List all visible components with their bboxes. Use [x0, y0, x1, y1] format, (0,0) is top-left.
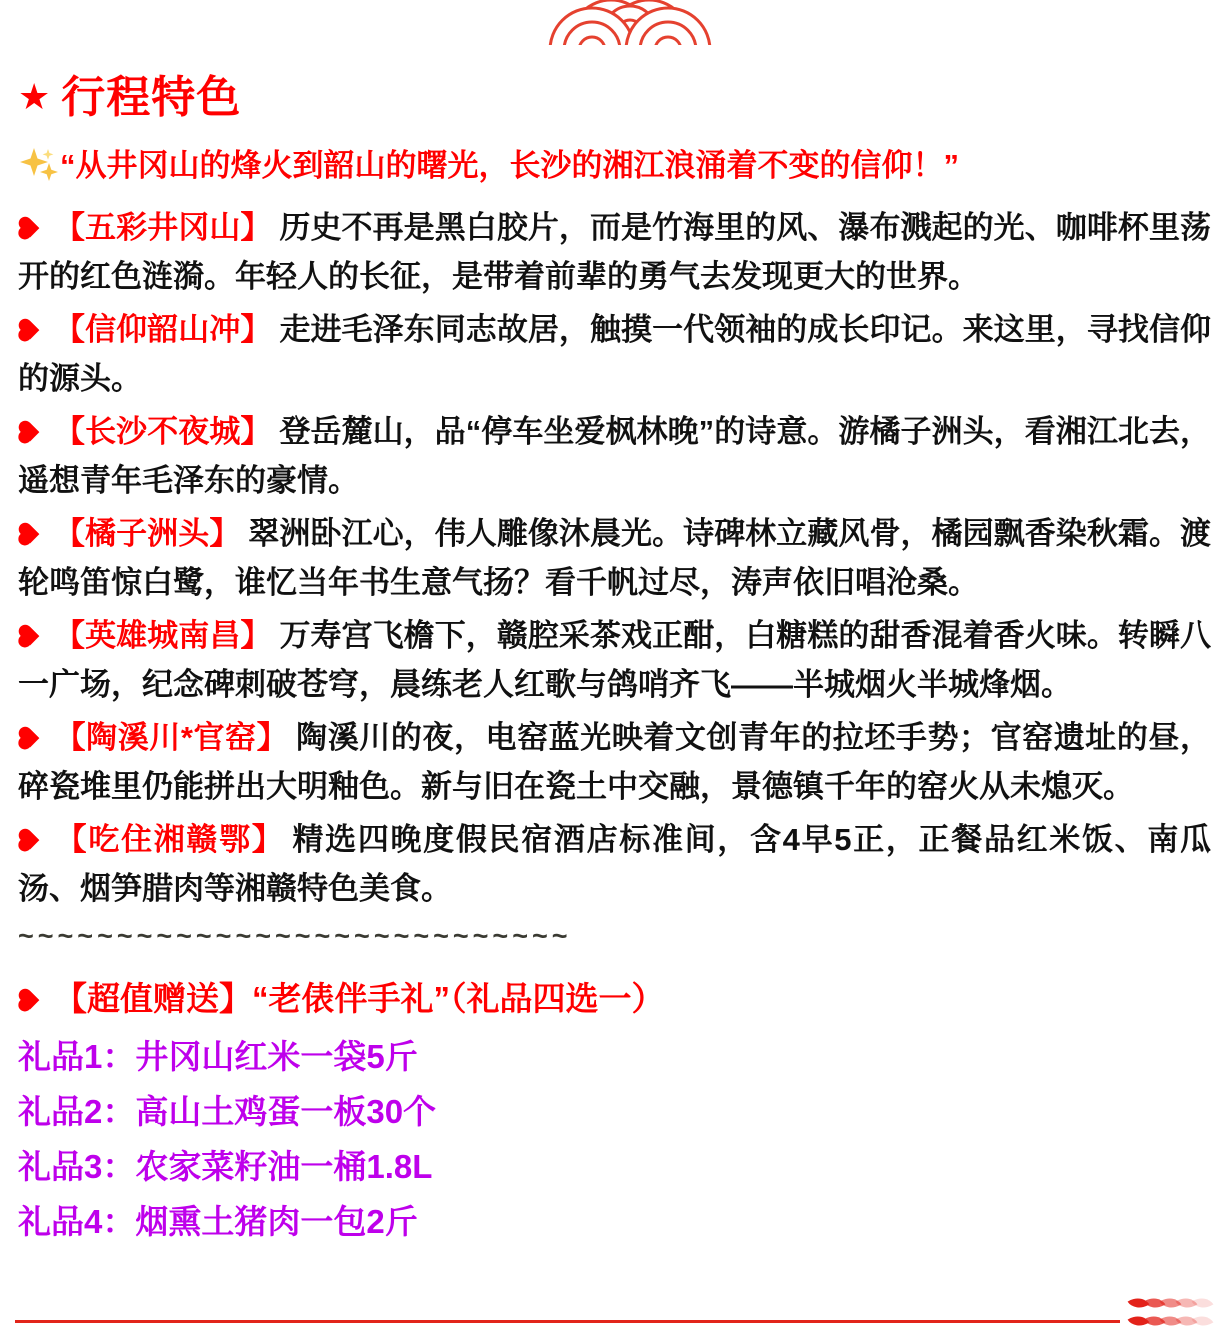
feature-title: 【陶溪川*官窑】	[54, 720, 288, 755]
gift-heading-text: 【超值赠送】“老俵伴手礼”（礼品四选一）	[54, 980, 665, 1017]
separator-tildes: ~~~~~~~~~~~~~~~~~~~~~~~~~~~~	[18, 921, 1211, 951]
feature-title: 【吃住湘赣鄂】	[54, 822, 284, 857]
feature-paragraph: 【橘子洲头】翠洲卧江心，伟人雕像沐晨光。诗碑林立藏风骨，橘园飘香染秋霜。渡轮鸣笛…	[18, 509, 1211, 607]
feature-title: 【橘子洲头】	[54, 516, 240, 551]
sparkles-icon	[18, 147, 58, 181]
feature-paragraph: 【英雄城南昌】万寿宫飞檐下，赣腔采茶戏正酣，白糖糕的甜香混着香火味。转瞬八一广场…	[18, 611, 1211, 709]
star-icon: ★	[18, 76, 51, 117]
heart-bullet-icon	[19, 318, 42, 343]
feature-title: 【五彩井冈山】	[54, 210, 271, 245]
slogan: “从井冈山的烽火到韶山的曙光，长沙的湘江浪涌着不变的信仰！”	[18, 143, 1211, 189]
page-title-text: 行程特色	[61, 73, 241, 122]
heart-bullet-icon	[19, 420, 42, 445]
feature-paragraph: 【吃住湘赣鄂】精选四晚度假民宿酒店标准间，含4早5正，正餐品红米饭、南瓜汤、烟笋…	[18, 815, 1211, 913]
heart-bullet-icon	[19, 522, 42, 547]
feature-title: 【英雄城南昌】	[54, 618, 271, 653]
heart-bullet-icon	[19, 726, 42, 751]
feature-paragraph: 【陶溪川*官窑】陶溪川的夜，电窑蓝光映着文创青年的拉坯手势；官窑遗址的昼，碎瓷堆…	[18, 713, 1211, 811]
gift-item: 礼品1：井冈山红米一袋5斤	[18, 1029, 1211, 1084]
feature-paragraph: 【信仰韶山冲】走进毛泽东同志故居，触摸一代领袖的成长印记。来这里，寻找信仰的源头…	[18, 305, 1211, 403]
feature-title: 【长沙不夜城】	[54, 414, 271, 449]
gift-heading: 【超值赠送】“老俵伴手礼”（礼品四选一）	[18, 977, 1211, 1021]
gift-item: 礼品4：烟熏土猪肉一包2斤	[18, 1194, 1211, 1249]
feature-list: 【五彩井冈山】历史不再是黑白胶片，而是竹海里的风、瀑布溅起的光、咖啡杯里荡开的红…	[18, 203, 1211, 913]
gift-item: 礼品2：高山土鸡蛋一板30个	[18, 1084, 1211, 1139]
slogan-text: “从井冈山的烽火到韶山的曙光，长沙的湘江浪涌着不变的信仰！”	[60, 148, 959, 183]
footer-divider	[15, 1320, 1120, 1323]
feature-title: 【信仰韶山冲】	[54, 312, 271, 347]
gift-list: 礼品1：井冈山红米一袋5斤礼品2：高山土鸡蛋一板30个礼品3：农家菜籽油一桶1.…	[18, 1029, 1211, 1249]
feature-paragraph: 【五彩井冈山】历史不再是黑白胶片，而是竹海里的风、瀑布溅起的光、咖啡杯里荡开的红…	[18, 203, 1211, 301]
itinerary-page: ★行程特色 “从井冈山的烽火到韶山的曙光，长沙的湘江浪涌着不变的信仰！” 【五彩…	[0, 0, 1229, 1337]
heart-bullet-icon	[19, 624, 42, 649]
heart-bullet-icon	[19, 216, 42, 241]
heart-bullet-icon	[19, 828, 42, 853]
heart-bullet-icon	[19, 988, 42, 1013]
feature-paragraph: 【长沙不夜城】登岳麓山，品“停车坐爱枫林晚”的诗意。游橘子洲头，看湘江北去，遥想…	[18, 407, 1211, 505]
gift-item: 礼品3：农家菜籽油一桶1.8L	[18, 1139, 1211, 1194]
cloud-pattern-icon	[547, 0, 713, 45]
petal-fan-icon	[1131, 1296, 1215, 1336]
